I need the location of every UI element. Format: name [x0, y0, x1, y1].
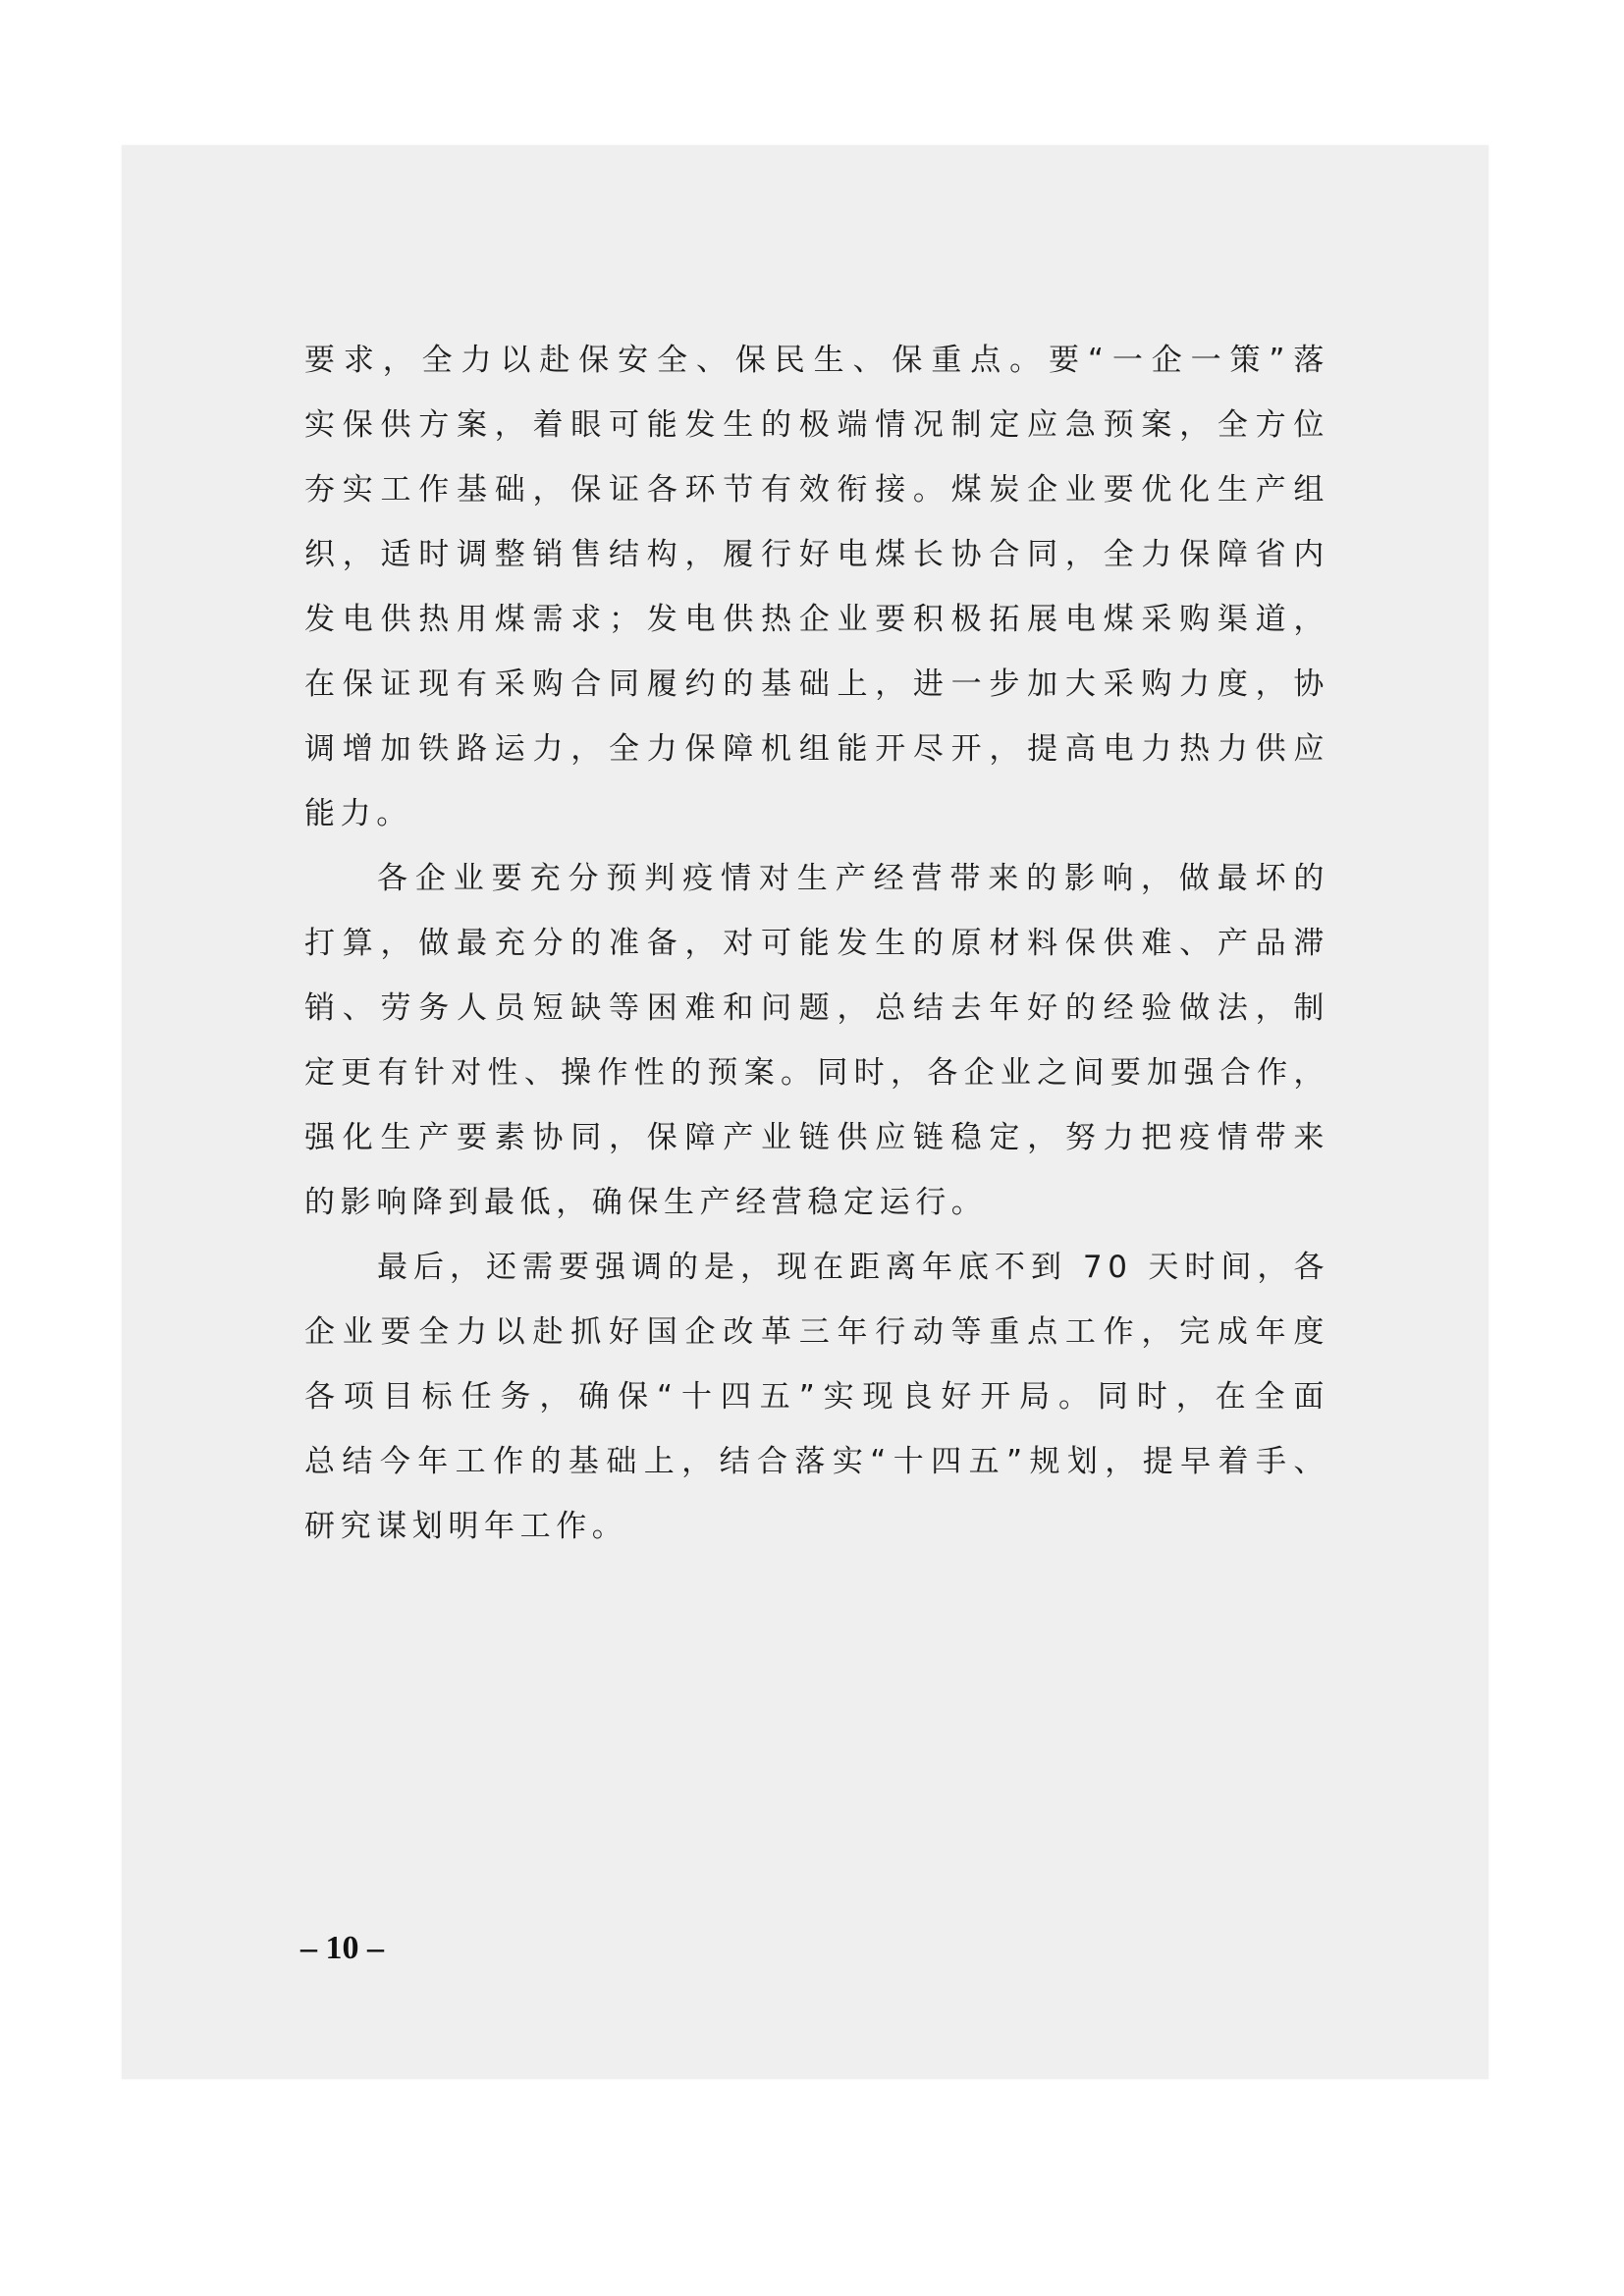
text-line: 最后，还需要强调的是，现在距离年底不到 70 天时间，各 — [304, 1235, 1329, 1300]
text-line: 能力。 — [304, 781, 1329, 846]
text-line: 在保证现有采购合同履约的基础上，进一步加大采购力度，协 — [304, 652, 1329, 717]
text-line: 织，适时调整销售结构，履行好电煤长协合同，全力保障省内 — [304, 522, 1329, 587]
paragraph-1: 要求，全力以赴保安全、保民生、保重点。要“一企一策”落 实保供方案，着眼可能发生… — [304, 328, 1329, 846]
text-line: 各企业要充分预判疫情对生产经营带来的影响，做最坏的 — [304, 846, 1329, 911]
document-page: 要求，全力以赴保安全、保民生、保重点。要“一企一策”落 实保供方案，着眼可能发生… — [122, 145, 1489, 2079]
text-line: 打算，做最充分的准备，对可能发生的原材料保供难、产品滞 — [304, 911, 1329, 976]
text-line: 定更有针对性、操作性的预案。同时，各企业之间要加强合作， — [304, 1041, 1329, 1105]
paragraph-2: 各企业要充分预判疫情对生产经营带来的影响，做最坏的 打算，做最充分的准备，对可能… — [304, 846, 1329, 1235]
text-line: 要求，全力以赴保安全、保民生、保重点。要“一企一策”落 — [304, 328, 1329, 393]
text-line: 企业要全力以赴抓好国企改革三年行动等重点工作，完成年度 — [304, 1300, 1329, 1364]
text-line: 销、劳务人员短缺等困难和问题，总结去年好的经验做法，制 — [304, 976, 1329, 1041]
page-number: – 10 – — [300, 1930, 384, 1967]
text-line: 各项目标任务，确保“十四五”实现良好开局。同时，在全面 — [304, 1364, 1329, 1429]
text-line: 实保供方案，着眼可能发生的极端情况制定应急预案，全方位 — [304, 393, 1329, 457]
paragraph-3: 最后，还需要强调的是，现在距离年底不到 70 天时间，各 企业要全力以赴抓好国企… — [304, 1235, 1329, 1559]
text-line: 夯实工作基础，保证各环节有效衔接。煤炭企业要优化生产组 — [304, 457, 1329, 522]
text-line: 总结今年工作的基础上，结合落实“十四五”规划，提早着手、 — [304, 1429, 1329, 1494]
body-text: 要求，全力以赴保安全、保民生、保重点。要“一企一策”落 实保供方案，着眼可能发生… — [304, 328, 1329, 1559]
text-line: 调增加铁路运力，全力保障机组能开尽开，提高电力热力供应 — [304, 717, 1329, 781]
text-line: 发电供热用煤需求；发电供热企业要积极拓展电煤采购渠道， — [304, 587, 1329, 652]
text-line: 强化生产要素协同，保障产业链供应链稳定，努力把疫情带来 — [304, 1105, 1329, 1170]
text-line: 的影响降到最低，确保生产经营稳定运行。 — [304, 1170, 1329, 1235]
text-line: 研究谋划明年工作。 — [304, 1494, 1329, 1559]
